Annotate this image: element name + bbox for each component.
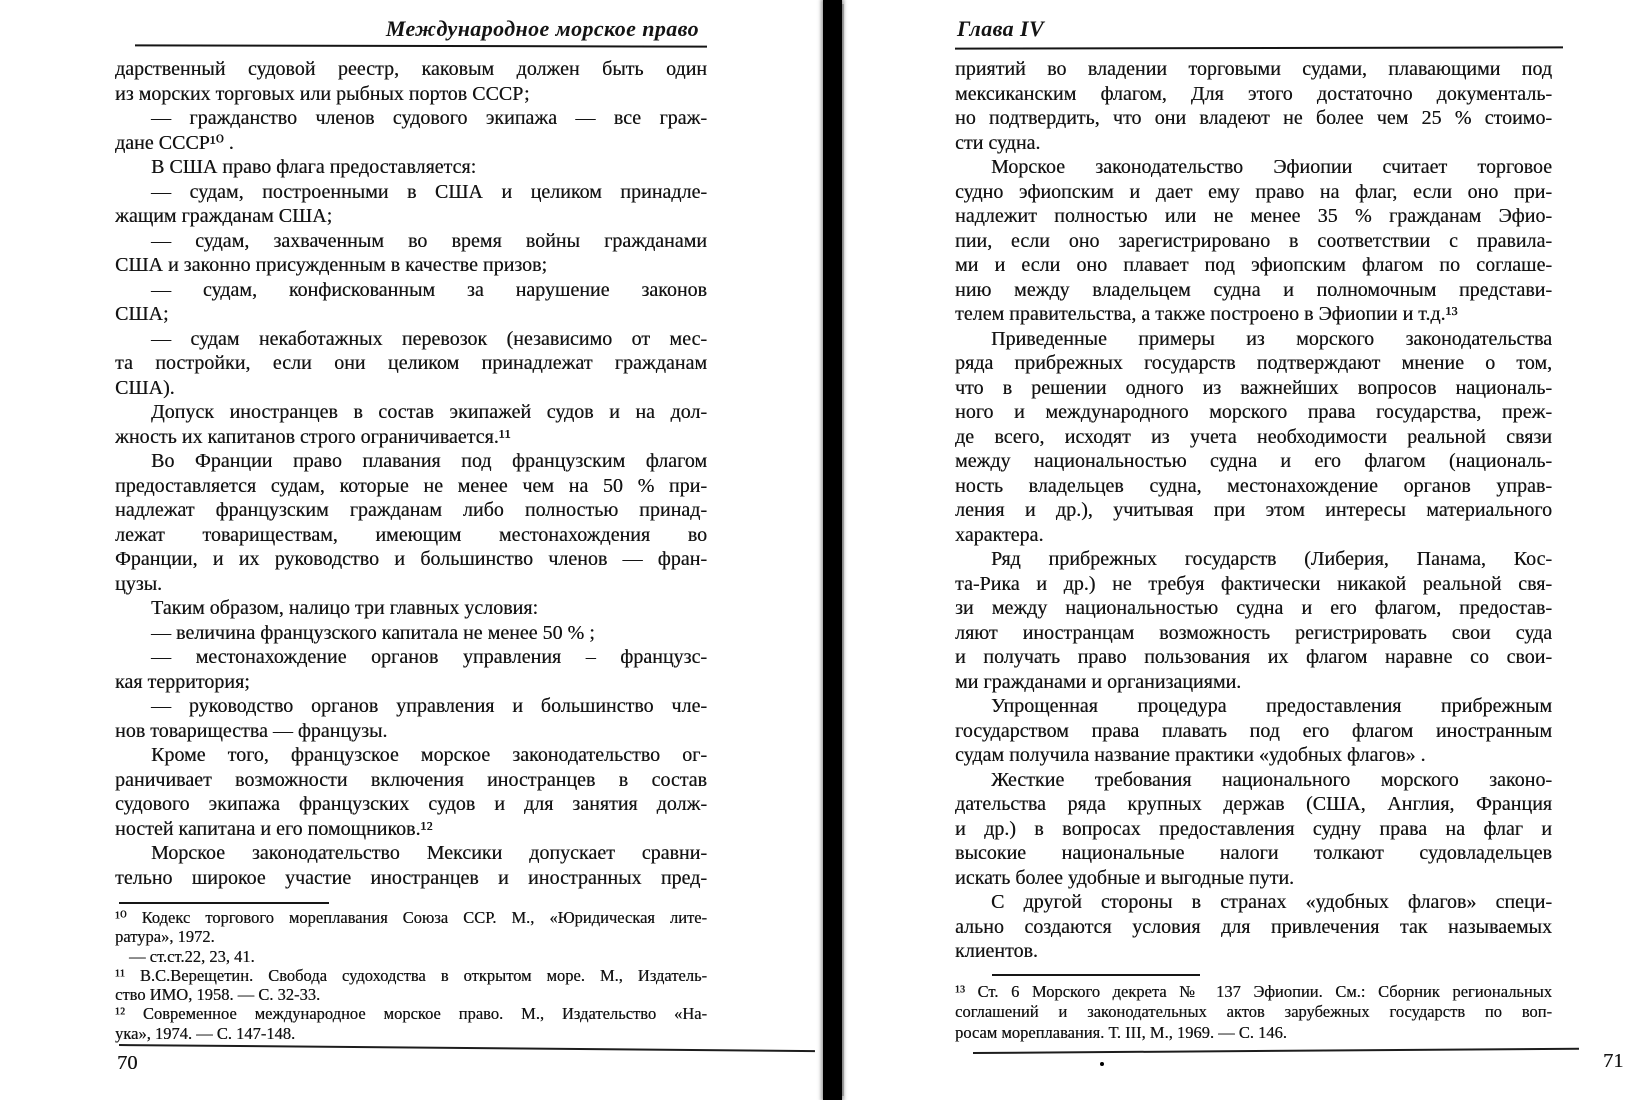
body-line: В США право флага предоставляется:: [115, 155, 707, 180]
page-right-running-head: Глава IV: [955, 16, 1552, 42]
body-line: нов товарищества — французы.: [115, 719, 707, 744]
body-line: Во Франции право плавания под французски…: [115, 449, 707, 474]
body-line: дане СССР¹⁰ .: [115, 131, 707, 156]
body-line: — судам, захваченным во время войны граж…: [115, 229, 707, 254]
body-line: судно эфиопским и дает ему право на флаг…: [955, 180, 1552, 205]
body-line: зи между национальностью судна и его фла…: [955, 596, 1552, 621]
body-line: Морское законодательство Эфиопии считает…: [955, 155, 1552, 180]
body-line: — местонахождение органов управления – ф…: [115, 645, 707, 670]
body-line: телем правительства, а также построено в…: [955, 302, 1552, 327]
body-line: Жесткие требования национального морског…: [955, 768, 1552, 793]
footnote-line: ство ИМО, 1958. — С. 32-33.: [115, 985, 707, 1004]
body-line: ного и международного морского права гос…: [955, 400, 1552, 425]
body-line: та-Рика и др.) не требуя фактически ника…: [955, 572, 1552, 597]
body-line: та постройки, если они целиком принадлеж…: [115, 351, 707, 376]
body-line: ми гражданами и организациями.: [955, 670, 1552, 695]
body-line: надлежит полностью или не менее 35 % гра…: [955, 204, 1552, 229]
body-line: дарственный судовой реестр, каковым долж…: [115, 57, 707, 82]
body-line: Кроме того, французское морское законода…: [115, 743, 707, 768]
body-line: Франции, и их руководство и большинство …: [115, 547, 707, 572]
body-line: из морских торговых или рыбных портов СС…: [115, 82, 707, 107]
body-line: лежат товариществам, имеющим местонахожд…: [115, 523, 707, 548]
body-line: высокие национальные налоги толкают судо…: [955, 841, 1552, 866]
body-line: Таким образом, налицо три главных услови…: [115, 596, 707, 621]
body-line: мексиканским флагом, Для этого достаточн…: [955, 82, 1552, 107]
body-line: ностей капитана и его помощников.¹²: [115, 817, 707, 842]
body-line: государством права плавать под его флаго…: [955, 719, 1552, 744]
body-line: — гражданство членов судового экипажа — …: [115, 106, 707, 131]
body-line: цузы.: [115, 572, 707, 597]
body-line: искать более удобные и выгодные пути.: [955, 866, 1552, 891]
footnote-line: росам мореплавания. Т. III, М., 1969. — …: [955, 1023, 1552, 1043]
body-line: жащим гражданам США;: [115, 204, 707, 229]
body-line: характера.: [955, 523, 1552, 548]
footnote-line: ¹³ Ст. 6 Морского декрета № 137 Эфиопии.…: [955, 982, 1552, 1002]
footnote-line: ратура», 1972.: [115, 927, 707, 946]
scan-speck: [1100, 1062, 1104, 1066]
body-line: ность владельцев судна, местонахождение …: [955, 474, 1552, 499]
body-line: Ряд прибрежных государств (Либерия, Пана…: [955, 547, 1552, 572]
body-line: сти судна.: [955, 131, 1552, 156]
body-line: между национальностью судна и его флагом…: [955, 449, 1552, 474]
body-line: и др.) в вопросах предоставления судну п…: [955, 817, 1552, 842]
body-line: Упрощенная процедура предоставления приб…: [955, 694, 1552, 719]
body-line: судового экипажа французских судов и для…: [115, 792, 707, 817]
page-left-body-text: дарственный судовой реестр, каковым долж…: [115, 57, 707, 890]
body-line: дательства ряда крупных держав (США, Анг…: [955, 792, 1552, 817]
body-line: надлежат французским гражданам либо полн…: [115, 498, 707, 523]
body-line: пии, если оно зарегистрировано в соответ…: [955, 229, 1552, 254]
page-right-body-text: приятий во владении торговыми судами, пл…: [955, 57, 1552, 964]
body-line: ряда прибрежных государств подтверждают …: [955, 351, 1552, 376]
body-line: США;: [115, 302, 707, 327]
body-line: Морское законодательство Мексики допуска…: [115, 841, 707, 866]
body-line: — величина французского капитала не мене…: [115, 621, 707, 646]
page-left-header-rule: [135, 44, 707, 47]
body-line: США).: [115, 376, 707, 401]
body-line: С другой стороны в странах «удобных флаг…: [955, 890, 1552, 915]
footnote-line: ¹¹ В.С.Верещетин. Свобода судоходства в …: [115, 966, 707, 985]
body-line: что в решении одного из важнейших вопрос…: [955, 376, 1552, 401]
footnote-line: соглашений и законодательных актов заруб…: [955, 1002, 1552, 1022]
footnote-line: ука», 1974. — С. 147-148.: [115, 1024, 707, 1043]
body-line: — судам, построенными в США и целиком пр…: [115, 180, 707, 205]
body-line: Допуск иностранцев в состав экипажей суд…: [115, 400, 707, 425]
page-right-page-number: 71: [1603, 1050, 1624, 1073]
page-left-footnotes: ¹⁰ Кодекс торгового мореплавания Союза С…: [115, 908, 707, 1043]
body-line: раничивает возможности включения иностра…: [115, 768, 707, 793]
page-left-footnote-rule: [119, 902, 329, 904]
body-line: США и законно присужденным в качестве пр…: [115, 253, 707, 278]
body-line: — судам, конфискованным за нарушение зак…: [115, 278, 707, 303]
page-left: Международное морское право дарственный …: [115, 0, 707, 1100]
body-line: нию между владельцем судна и полномочным…: [955, 278, 1552, 303]
page-left-page-number: 70: [117, 1052, 138, 1075]
body-line: приятий во владении торговыми судами, пл…: [955, 57, 1552, 82]
body-line: жность их капитанов строго ограничиваетс…: [115, 425, 707, 450]
body-line: ально создаются условия для привлечения …: [955, 915, 1552, 940]
body-line: и получать право пользования их флагом н…: [955, 645, 1552, 670]
page-right-footnotes: ¹³ Ст. 6 Морского декрета № 137 Эфиопии.…: [955, 982, 1552, 1043]
book-binding-gutter: [823, 0, 842, 1100]
body-line: но подтвердить, что они владеют не более…: [955, 106, 1552, 131]
body-line: ляют иностранцам возможность регистриров…: [955, 621, 1552, 646]
footnote-line: ¹⁰ Кодекс торгового мореплавания Союза С…: [115, 908, 707, 927]
body-line: клиентов.: [955, 939, 1552, 964]
body-line: ми и если оно плавает под эфиопским флаг…: [955, 253, 1552, 278]
body-line: де всего, исходят из учета необходимости…: [955, 425, 1552, 450]
footnote-line: ¹² Современное международное морское пра…: [115, 1004, 707, 1023]
body-line: предоставляется судам, которые не менее …: [115, 474, 707, 499]
page-left-running-head: Международное морское право: [115, 16, 707, 42]
body-line: Приведенные примеры из морского законода…: [955, 327, 1552, 352]
body-line: — судам некаботажных перевозок (независи…: [115, 327, 707, 352]
body-line: судам получила название практики «удобны…: [955, 743, 1552, 768]
body-line: тельно широкое участие иностранцев и ино…: [115, 866, 707, 891]
body-line: ления и др.), учитывая при этом интересы…: [955, 498, 1552, 523]
page-left-bottom-rule: [119, 1044, 815, 1052]
body-line: — руководство органов управления и больш…: [115, 694, 707, 719]
footnote-line: — ст.ст.22, 23, 41.: [115, 947, 707, 966]
page-right-header-rule: [955, 46, 1563, 49]
page-right-bottom-rule: [973, 1048, 1579, 1054]
body-line: кая территория;: [115, 670, 707, 695]
page-right-footnote-rule: [992, 974, 1200, 976]
page-right: Глава IV приятий во владении торговыми с…: [955, 0, 1552, 1100]
book-spread-scan: Международное морское право дарственный …: [0, 0, 1646, 1100]
